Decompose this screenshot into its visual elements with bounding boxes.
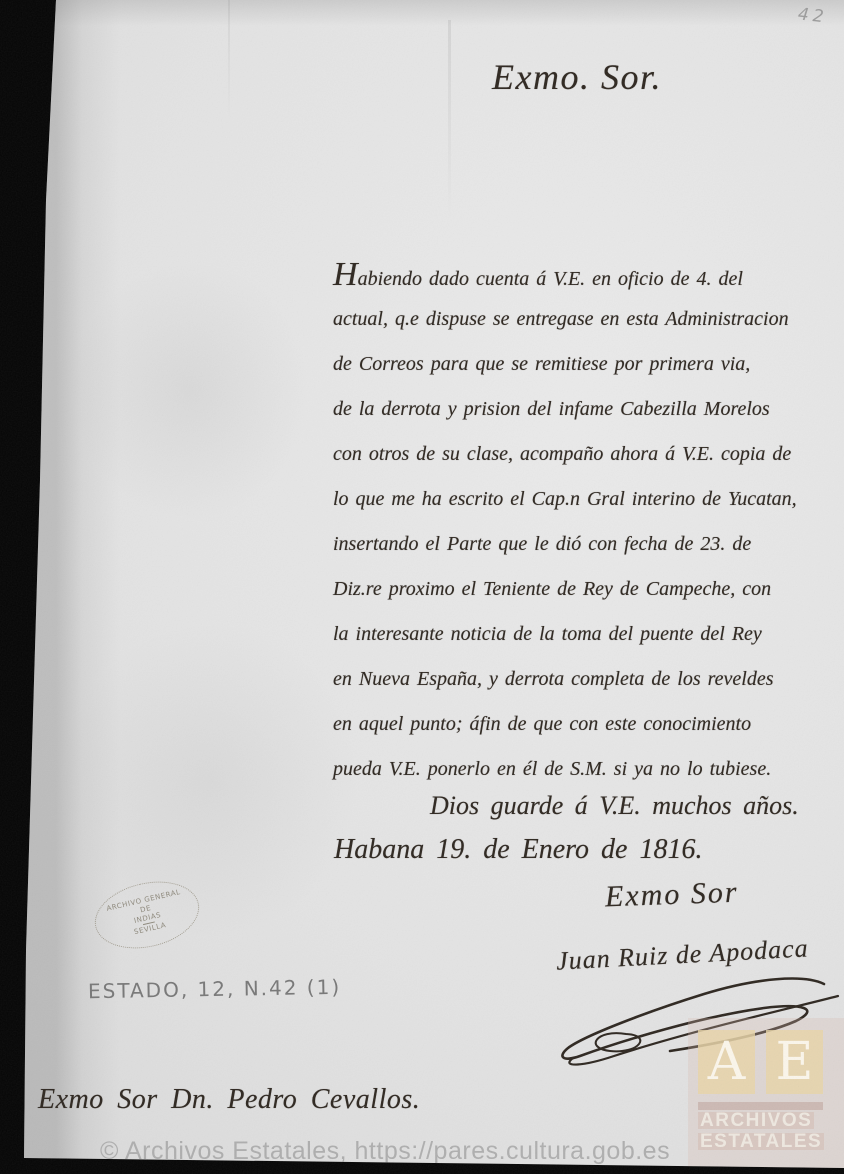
watermark-label-estatales: ESTATALES (698, 1133, 824, 1150)
letter-body-line: con otros de su clase, acompaño ahora á … (333, 432, 844, 477)
letter-body-line: en aquel punto; áfin de que con este con… (333, 702, 844, 747)
archive-reference-pencil: ESTADO, 12, N.42 (1) (88, 975, 342, 1003)
paper-stain (70, 260, 310, 520)
watermark-logo: A E (698, 1030, 844, 1094)
letter-body-line: pueda V.E. ponerlo en él de S.M. si ya n… (333, 747, 844, 792)
paper-stain (60, 620, 360, 940)
manuscript-page: 42 Exmo. Sor. Habiendo dado cuenta á V.E… (0, 0, 844, 1174)
archive-stamp: ARCHIVO GENERAL DE INDIAS SEVILLA (88, 872, 206, 958)
letter-body-line: lo que me ha escrito el Cap.n Gral inter… (333, 477, 844, 522)
valediction-line: Dios guarde á V.E. muchos años. (430, 791, 799, 821)
scan-background: { "letter": { "heading": "Exmo. Sor.", "… (0, 0, 844, 1174)
folio-number-pencil: 42 (797, 5, 829, 28)
paper-crease (228, 0, 230, 120)
watermark-bar (698, 1102, 823, 1110)
archivos-estatales-watermark: A E ARCHIVOS ESTATALES (688, 1018, 844, 1168)
letter-body: Habiendo dado cuenta á V.E. en oficio de… (333, 252, 844, 792)
letter-body-line: Diz.re proximo el Teniente de Rey de Cam… (333, 567, 844, 612)
addressee-line: Exmo Sor Dn. Pedro Cevallos. (38, 1084, 420, 1116)
letter-body-line: de la derrota y prision del infame Cabez… (333, 387, 844, 432)
dateline: Habana 19. de Enero de 1816. (334, 834, 702, 866)
copyright-line: © Archivos Estatales, https://pares.cult… (100, 1137, 670, 1166)
watermark-letter-e: E (766, 1030, 823, 1094)
letter-body-line: actual, q.e dispuse se entregase en esta… (333, 297, 844, 342)
letter-body-line: Habiendo dado cuenta á V.E. en oficio de… (333, 252, 844, 297)
letter-body-line: en Nueva España, y derrota completa de l… (333, 657, 844, 702)
paper-crease (448, 20, 451, 220)
letter-body-line: la interesante noticia de la toma del pu… (333, 612, 844, 657)
letter-body-line: de Correos para que se remitiese por pri… (333, 342, 844, 387)
signature-name: Juan Ruiz de Apodaca (555, 933, 809, 976)
letter-body-line: insertando el Parte que le dió con fecha… (333, 522, 844, 567)
salutation-heading: Exmo. Sor. (492, 56, 662, 98)
watermark-letter-a: A (698, 1030, 755, 1094)
closing-salutation: Exmo Sor (604, 876, 739, 915)
watermark-label-archivos: ARCHIVOS (698, 1112, 814, 1129)
